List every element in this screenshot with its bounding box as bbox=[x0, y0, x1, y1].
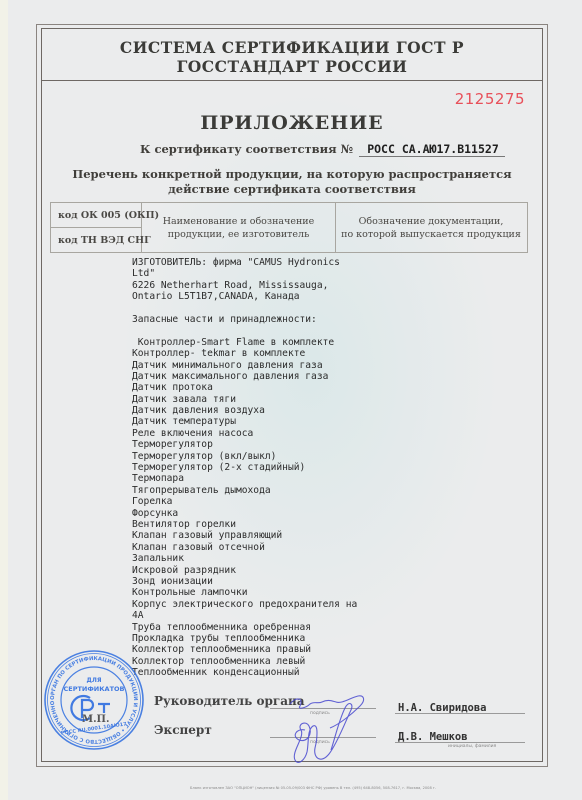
certificate-reference: К сертификату соответствия № РОСС CA.АЮ1… bbox=[140, 142, 520, 157]
footer-print-info: Бланк изготовлен ЗАО "ОПЦИОН" (лицензия … bbox=[190, 786, 430, 790]
header-documentation-line1: Обозначение документации, bbox=[359, 215, 504, 228]
header-documentation-line2: по которой выпускается продукция bbox=[341, 228, 521, 241]
header-product-name-line2: продукции, ее изготовитель bbox=[168, 228, 310, 241]
manufacturer-line: Ltd" bbox=[132, 268, 432, 279]
part-item: Контроллер- tekmar в комплекте bbox=[132, 348, 432, 359]
part-item: Датчик завала тяги bbox=[132, 394, 432, 405]
manufacturer-line: ИЗГОТОВИТЕЛЬ: фирма "CAMUS Hydronics bbox=[132, 257, 432, 268]
header-code-okp: код ОК 005 (ОКП) bbox=[51, 203, 142, 228]
certification-stamp: ОРГАН ПО СЕРТИФИКАЦИИ ПРОДУКЦИИ И УСЛУГ … bbox=[42, 648, 146, 752]
part-item: Коллектор теплообменника левый bbox=[132, 656, 432, 667]
header-product-name-line1: Наименование и обозначение bbox=[163, 215, 315, 228]
parts-heading: Запасные части и принадлежности: bbox=[132, 314, 432, 325]
expert-label: Эксперт bbox=[154, 723, 212, 737]
header-product-name: Наименование и обозначение продукции, ее… bbox=[142, 203, 336, 252]
part-item: Датчик давления воздуха bbox=[132, 405, 432, 416]
paper-edge bbox=[0, 0, 8, 800]
product-content: ИЗГОТОВИТЕЛЬ: фирма "CAMUS Hydronics Ltd… bbox=[132, 257, 432, 678]
part-item: Терморегулятор (2-х стадийный) bbox=[132, 462, 432, 473]
part-item: Клапан газовый отсечной bbox=[132, 542, 432, 553]
part-item: Корпус электрического предохранителя на bbox=[132, 599, 432, 610]
stamp-place-mark: М.П. bbox=[82, 714, 109, 725]
manufacturer-address: Ontario L5T1B7,CANADA, Канада bbox=[132, 291, 432, 302]
part-item: Датчик максимального давления газа bbox=[132, 371, 432, 382]
handwritten-signatures bbox=[285, 690, 395, 770]
part-item: Термопара bbox=[132, 473, 432, 484]
appendix-title: ПРИЛОЖЕНИЕ bbox=[41, 112, 543, 134]
part-item: Контрольные лампочки bbox=[132, 587, 432, 598]
header-divider bbox=[41, 80, 543, 81]
head-name-line bbox=[395, 713, 525, 714]
part-item: Труба теплообменника оребренная bbox=[132, 622, 432, 633]
name-caption: инициалы, фамилия bbox=[448, 744, 496, 749]
scope-line-2: действие сертификата соответствия bbox=[41, 182, 543, 196]
stamp-center-line2: СЕРТИФИКАТОВ bbox=[64, 685, 125, 693]
part-item: Датчик температуры bbox=[132, 416, 432, 427]
scope-line-1: Перечень конкретной продукции, на котору… bbox=[41, 167, 543, 181]
head-of-body-label: Руководитель органа bbox=[154, 694, 305, 708]
serial-number: 2125275 bbox=[400, 90, 525, 108]
header-code-tnved: код ТН ВЭД СНГ bbox=[51, 228, 142, 252]
part-item: Теплообменник конденсационный bbox=[132, 667, 432, 678]
stamp-center-line1: ДЛЯ bbox=[87, 677, 102, 684]
part-item: Датчик протока bbox=[132, 382, 432, 393]
expert-name-line bbox=[395, 742, 525, 743]
agency-title: ГОССТАНДАРТ РОССИИ bbox=[41, 57, 543, 76]
part-item: Реле включения насоса bbox=[132, 428, 432, 439]
part-item: Горелка bbox=[132, 496, 432, 507]
part-item: Запальник bbox=[132, 553, 432, 564]
part-item: 4А bbox=[132, 610, 432, 621]
part-item: Контроллер-Smart Flame в комплекте bbox=[132, 337, 432, 348]
certificate-number: РОСС CA.АЮ17.В11527 bbox=[359, 142, 505, 157]
part-item: Искровой разрядник bbox=[132, 565, 432, 576]
certificate-label: К сертификату соответствия № bbox=[140, 142, 353, 156]
part-item: Прокладка трубы теплообменника bbox=[132, 633, 432, 644]
system-title: СИСТЕМА СЕРТИФИКАЦИИ ГОСТ Р bbox=[41, 38, 543, 57]
header-documentation: Обозначение документации, по которой вып… bbox=[335, 203, 527, 252]
part-item: Зонд ионизации bbox=[132, 576, 432, 587]
part-item: Терморегулятор (вкл/выкл) bbox=[132, 451, 432, 462]
part-item: Терморегулятор bbox=[132, 439, 432, 450]
part-item: Тягопрерыватель дымохода bbox=[132, 485, 432, 496]
part-item: Коллектор теплообменника правый bbox=[132, 644, 432, 655]
part-item: Вентилятор горелки bbox=[132, 519, 432, 530]
manufacturer-address: 6226 Netherhart Road, Mississauga, bbox=[132, 280, 432, 291]
part-item: Форсунка bbox=[132, 508, 432, 519]
part-item: Датчик минимального давления газа bbox=[132, 360, 432, 371]
parts-list: Контроллер-Smart Flame в комплектеКонтро… bbox=[132, 337, 432, 679]
table-header: код ОК 005 (ОКП) код ТН ВЭД СНГ Наименов… bbox=[50, 202, 528, 253]
part-item: Клапан газовый управляющий bbox=[132, 530, 432, 541]
